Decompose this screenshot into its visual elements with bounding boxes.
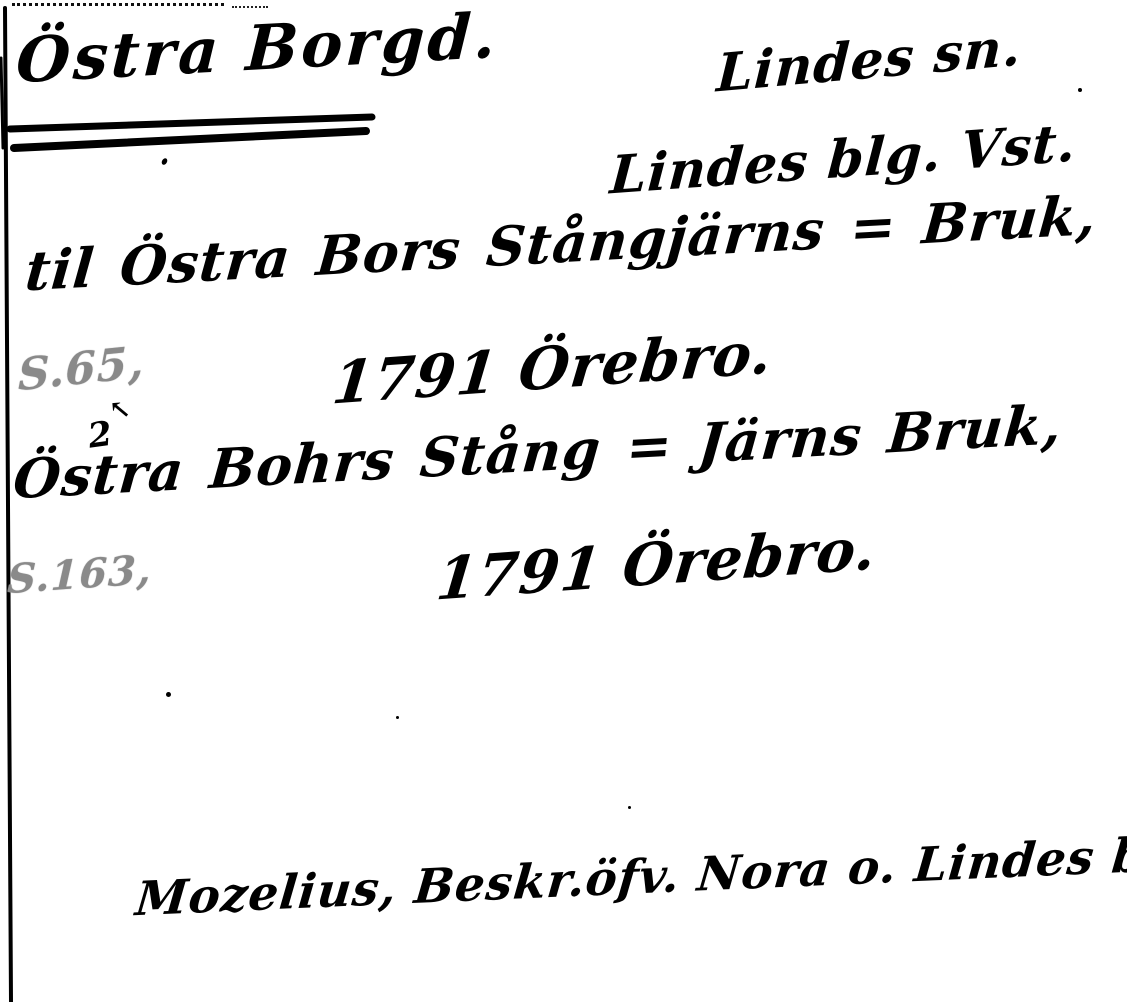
title-underline-top — [10, 117, 372, 129]
scan-noise-speck — [396, 716, 399, 719]
scan-noise-speck — [1078, 88, 1082, 92]
correction-arrow-icon: ↖ — [108, 396, 133, 424]
title-underline-bottom — [14, 131, 366, 148]
top-edge-dotted-line — [12, 3, 224, 6]
scan-noise-speck — [628, 806, 631, 809]
imprint-line-2: 1791 Örebro. — [434, 519, 880, 608]
entry-line-1: til Östra Bors Stångjärns = Bruk, — [23, 188, 1099, 298]
parish-note: Lindes sn. — [715, 21, 1023, 100]
archive-card-scan: Östra Borgd. Lindes sn. Lindes blg. Vst.… — [0, 0, 1127, 1002]
scan-noise-speck — [161, 157, 169, 166]
left-margin-rule-tick — [1, 58, 3, 148]
scan-noise-speck — [166, 692, 171, 697]
page-reference-1: S.65, — [18, 341, 144, 399]
entry-line-2: Östra Bohrs Stång = Järns Bruk, — [11, 397, 1064, 506]
top-edge-dotted-line-fragment — [232, 6, 268, 8]
page-title: Östra Borgd. — [15, 5, 500, 93]
imprint-line-1: 1791 Örebro. — [330, 323, 776, 412]
citation-line: Mozelius, Beskr.öfv. Nora o. Lindes blg. — [133, 829, 1127, 923]
page-reference-2: S.163, — [7, 550, 153, 600]
left-margin-rule — [5, 8, 11, 1002]
